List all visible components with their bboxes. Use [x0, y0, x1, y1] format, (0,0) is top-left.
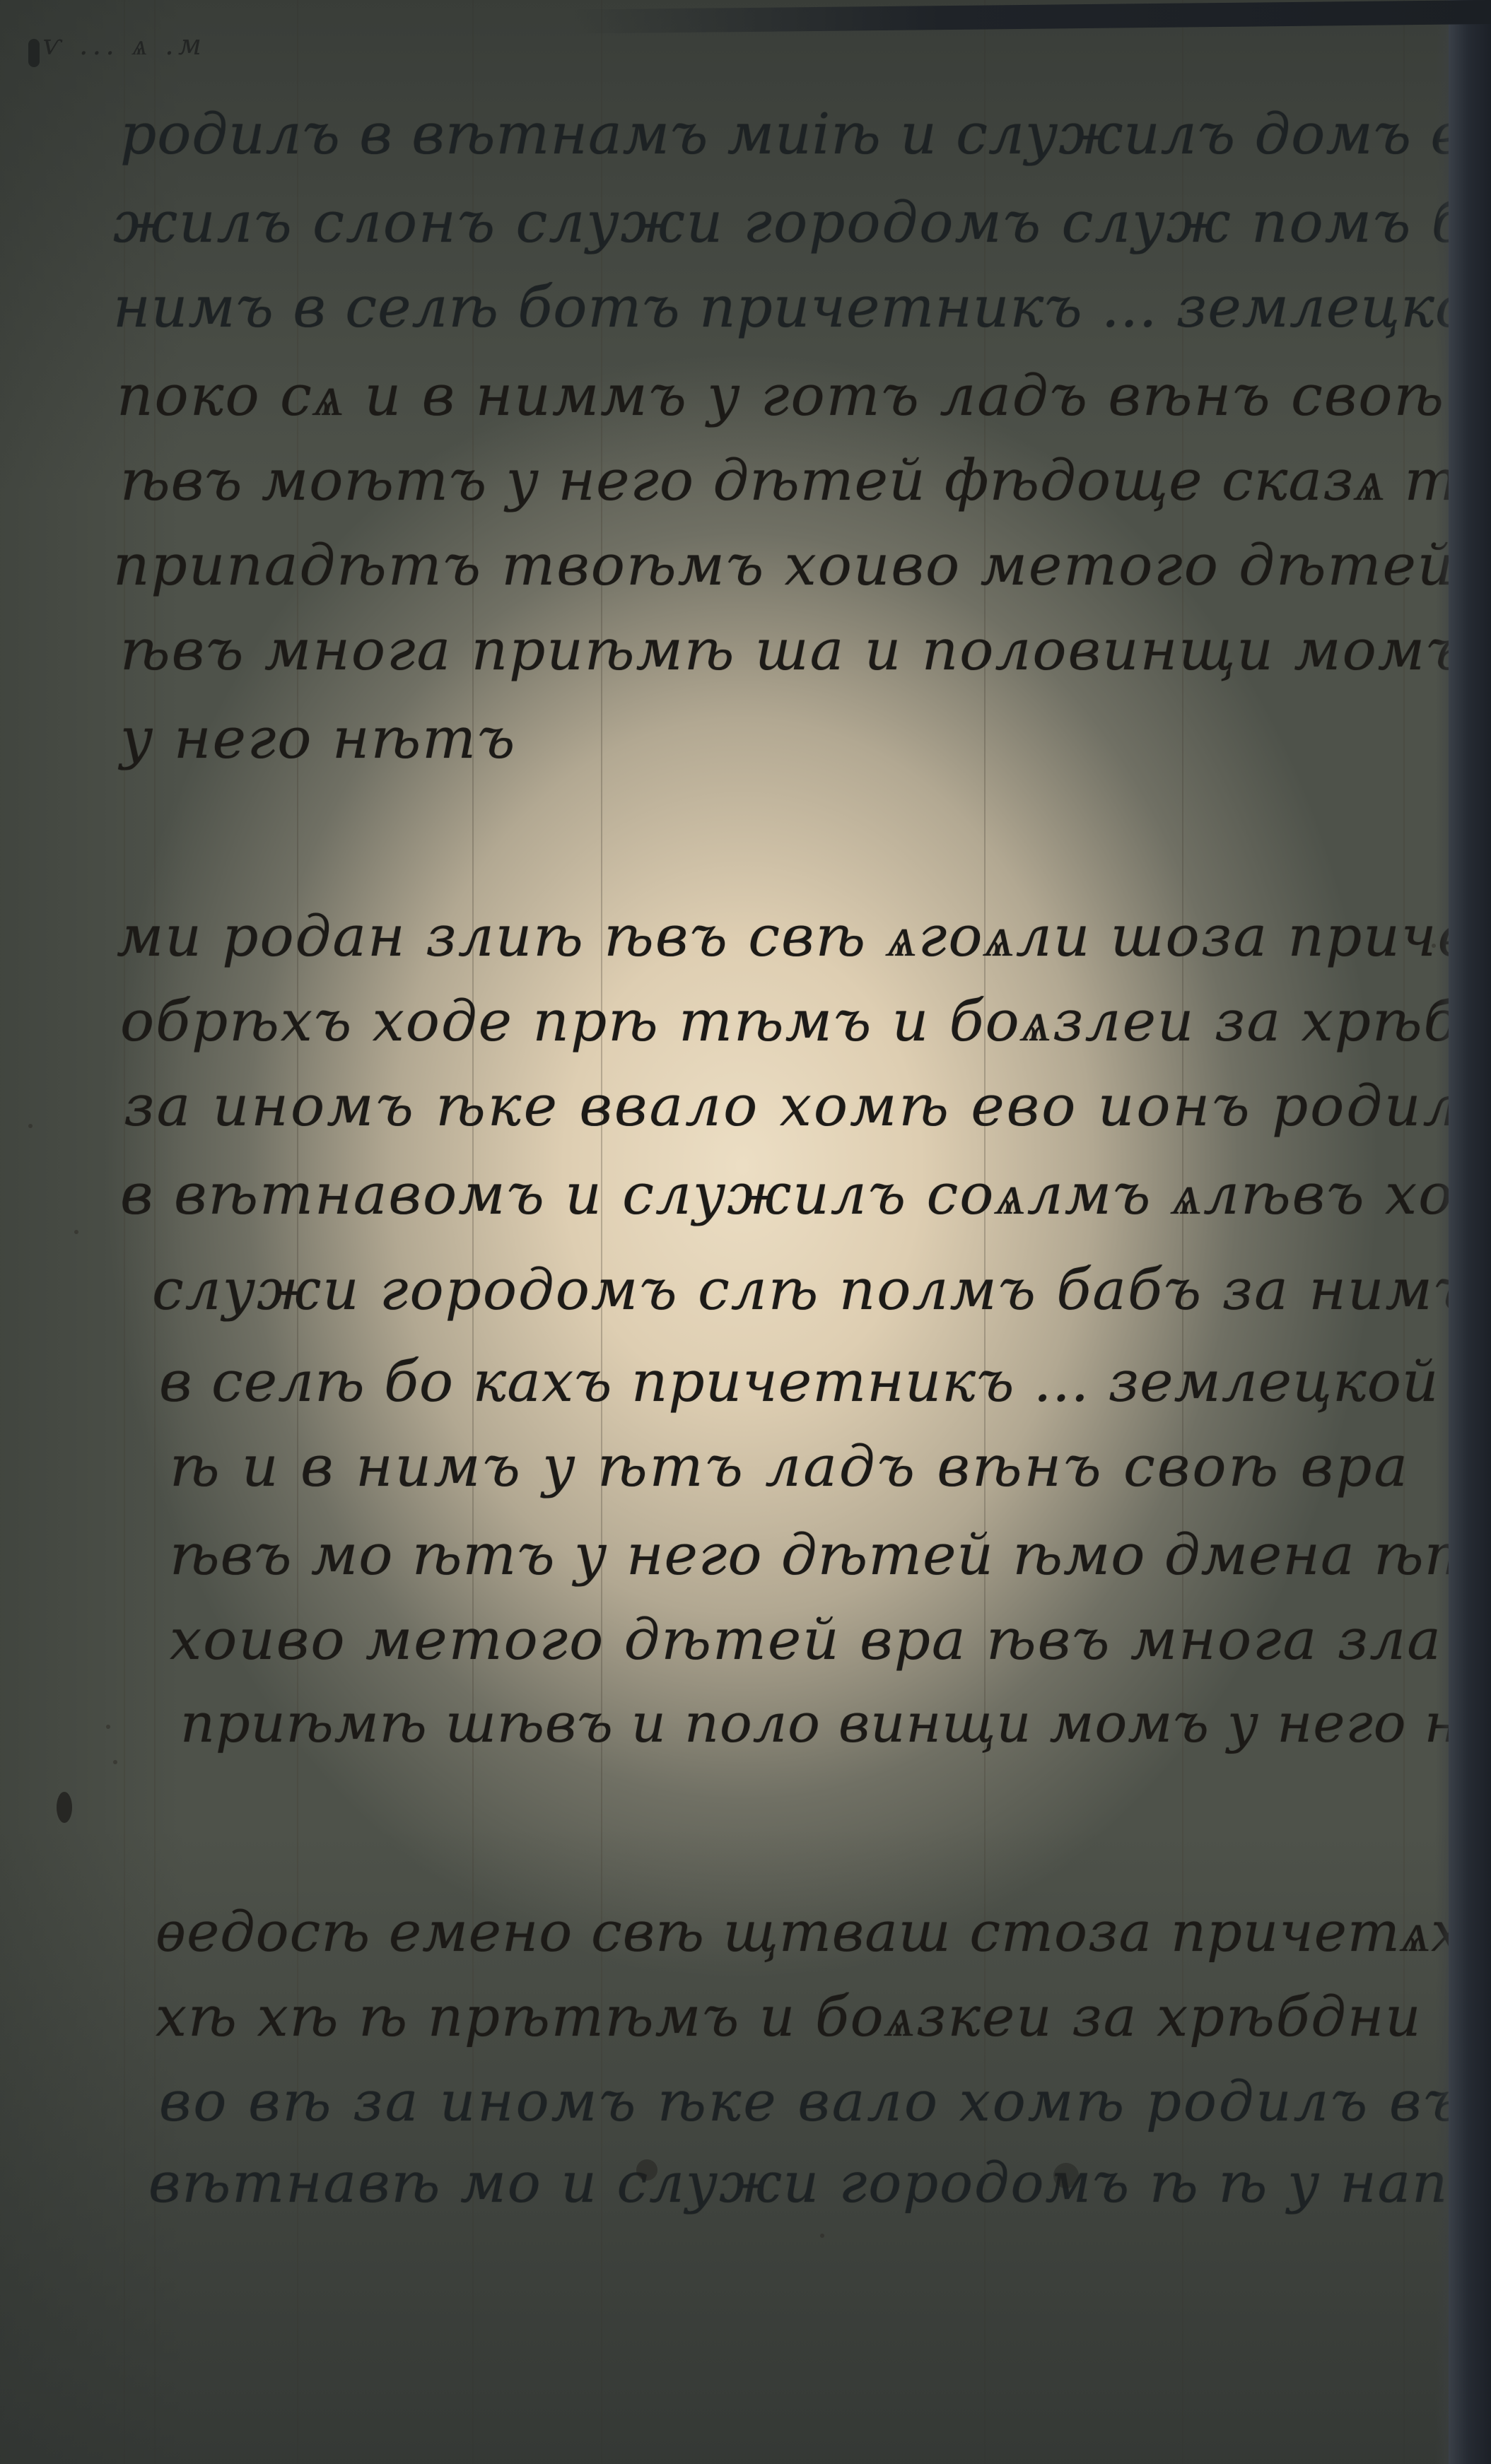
- text-line: ѣвъ мо ѣтъ у него дѣтей ѣмо дмена ѣтанъ …: [170, 1527, 1491, 1583]
- text-line: обрѣхъ ходе прѣ тѣмъ и боѧзлеи за хрѣбдн…: [120, 993, 1491, 1050]
- text-line: нимъ в селѣ ботъ причетникъ ... землецко…: [113, 279, 1491, 336]
- text-line: хѣ хѣ ѣ прѣтѣмъ и боѧзкеи за хрѣбдни: [156, 1990, 1422, 2045]
- paper-speck: [28, 1124, 33, 1128]
- ink-blot: [1053, 2163, 1079, 2188]
- paper-speck: [74, 1230, 78, 1234]
- text-line: ми родан злиѣ ѣвъ свѣ ѧгоѧли шоза причет…: [117, 908, 1491, 965]
- ink-blot: [57, 1792, 72, 1823]
- text-line: ѣвъ многа приѣмѣ ша и половинщи момъ: [120, 622, 1465, 679]
- text-line: в селѣ бо кахъ причетникъ ... землецкой …: [159, 1354, 1491, 1410]
- paper-speck: [106, 1725, 110, 1729]
- manuscript-photo: ѵ ... ѧ .м родилъ в вѣтнамъ миiѣ и служи…: [0, 0, 1491, 2464]
- paper-speck: [820, 2234, 824, 2238]
- text-line: вѣтнавѣ мо и служи городомъ ѣ ѣ у написа: [148, 2156, 1491, 2211]
- text-line: во вѣ за иномъ ѣке вало хомѣ родилъ въ: [159, 2075, 1462, 2130]
- text-line: за иномъ ѣке ввало хомѣ ево ионъ родилъ: [124, 1078, 1491, 1134]
- text-line: родилъ в вѣтнамъ миiѣ и служилъ домъ его…: [120, 106, 1491, 163]
- text-line: у него нѣтъ: [120, 710, 516, 767]
- text-line: хоиво метого дѣтей вра ѣвъ многа зла ѣ: [170, 1612, 1491, 1668]
- book-binding: [1449, 0, 1491, 2464]
- text-line: ѣвъ моѣтъ у него дѣтей фѣдоще сказѧ теп …: [120, 452, 1491, 509]
- text-line: приѣмѣ шѣвъ и поло винщи момъ у него нѣт…: [180, 1696, 1491, 1750]
- ink-blot: [636, 2159, 657, 2181]
- text-line: служи городомъ слѣ полмъ бабъ за нимъ: [152, 1262, 1473, 1318]
- text-line: ѣ и в нимъ у ѣтъ ладъ вѣнъ своѣ вра: [170, 1438, 1410, 1495]
- text-line: ѳедосѣ емено свѣ щтваш сmоза причетѧхъ в…: [156, 1905, 1491, 1960]
- manuscript-text: родилъ в вѣтнамъ миiѣ и служилъ домъ его…: [0, 0, 1491, 2464]
- paper-speck: [113, 1760, 117, 1764]
- text-line: поко сѧ и в ниммъ у готъ ладъ вѣнъ своѣ …: [117, 368, 1491, 424]
- text-line: припадѣтъ твоѣмъ хоиво метого дѣтей вра: [113, 537, 1491, 594]
- text-line: жилъ слонъ служи городомъ служ помъ бабъ…: [113, 194, 1491, 251]
- text-line: в вѣтнавомъ и служилъ соѧлмъ ѧлѣвъ хонъ: [120, 1166, 1491, 1223]
